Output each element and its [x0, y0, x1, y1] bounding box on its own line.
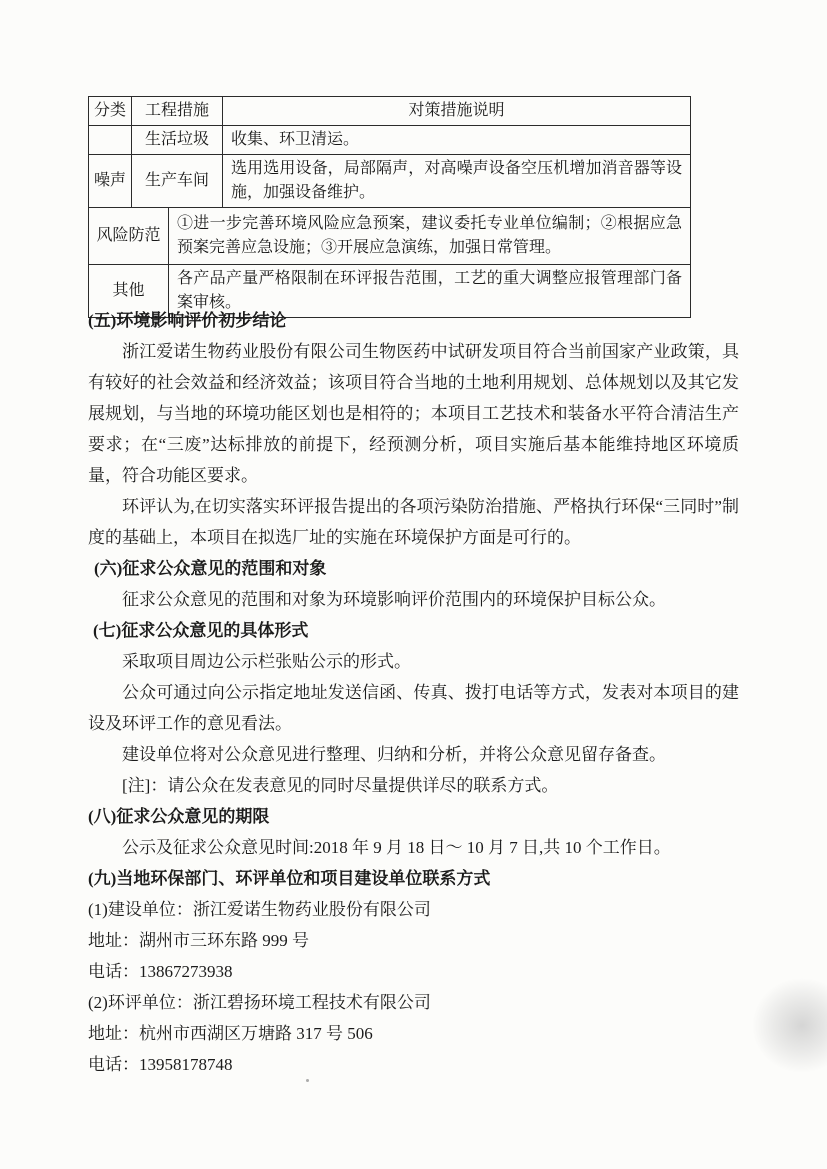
- header-measure: 工程措施: [132, 97, 223, 126]
- table-row: 生活垃圾 收集、环卫清运。: [89, 126, 691, 155]
- cell-measure-noise: 生产车间: [132, 155, 223, 208]
- contact1-title: (1)建设单位：浙江爱诺生物药业股份有限公司: [88, 894, 739, 925]
- contact2-phone: 电话：13958178748: [88, 1049, 739, 1080]
- section6-heading: (六)征求公众意见的范围和对象: [88, 553, 739, 584]
- section7-heading: (七)征求公众意见的具体形式: [88, 615, 739, 646]
- section5-heading: (五)环境影响评价初步结论: [88, 305, 739, 336]
- contact1-phone: 电话：13867273938: [88, 956, 739, 987]
- cell-category-noise: 噪声: [89, 155, 132, 208]
- document-page: 分类 工程措施 对策措施说明 生活垃圾 收集、环卫清运。 噪声 生产车间 选用选…: [0, 0, 827, 1169]
- document-body: (五)环境影响评价初步结论 浙江爱诺生物药业股份有限公司生物医药中试研发项目符合…: [88, 305, 739, 1080]
- table-row: 噪声 生产车间 选用选用设备，局部隔声，对高噪声设备空压机增加消音器等设施，加强…: [89, 155, 691, 208]
- scan-smudge: [752, 978, 827, 1073]
- section5-paragraph-2: 环评认为,在切实落实环评报告提出的各项污染防治措施、严格执行环保“三同时”制度的…: [88, 491, 739, 553]
- cell-category-risk: 风险防范: [89, 208, 169, 265]
- cell-measure-waste: 生活垃圾: [132, 126, 223, 155]
- cell-description-waste: 收集、环卫清运。: [223, 126, 691, 155]
- section6-paragraph-1: 征求公众意见的范围和对象为环境影响评价范围内的环境保护目标公众。: [88, 584, 739, 615]
- scan-speck: [306, 1079, 309, 1082]
- table-row: 风险防范 ①进一步完善环境风险应急预案，建议委托专业单位编制；②根据应急预案完善…: [89, 208, 691, 265]
- header-description: 对策措施说明: [223, 97, 691, 126]
- section5-paragraph-1: 浙江爱诺生物药业股份有限公司生物医药中试研发项目符合当前国家产业政策，具有较好的…: [88, 336, 739, 491]
- section7-note: [注]：请公众在发表意见的同时尽量提供详尽的联系方式。: [88, 770, 739, 801]
- section7-paragraph-1: 采取项目周边公示栏张贴公示的形式。: [88, 646, 739, 677]
- contact2-title: (2)环评单位：浙江碧扬环境工程技术有限公司: [88, 987, 739, 1018]
- cell-description-noise: 选用选用设备，局部隔声，对高噪声设备空压机增加消音器等设施，加强设备维护。: [223, 155, 691, 208]
- measures-table: 分类 工程措施 对策措施说明 生活垃圾 收集、环卫清运。 噪声 生产车间 选用选…: [88, 96, 691, 318]
- cell-category-empty: [89, 126, 132, 155]
- section8-paragraph-1: 公示及征求公众意见时间:2018 年 9 月 18 日～ 10 月 7 日,共 …: [88, 832, 739, 863]
- table-header-row: 分类 工程措施 对策措施说明: [89, 97, 691, 126]
- section8-heading: (八)征求公众意见的期限: [88, 801, 739, 832]
- section7-paragraph-3: 建设单位将对公众意见进行整理、归纳和分析，并将公众意见留存备查。: [88, 739, 739, 770]
- cell-description-risk: ①进一步完善环境风险应急预案，建议委托专业单位编制；②根据应急预案完善应急设施；…: [169, 208, 691, 265]
- section9-heading: (九)当地环保部门、环评单位和项目建设单位联系方式: [88, 863, 739, 894]
- header-category: 分类: [89, 97, 132, 126]
- contact1-address: 地址：湖州市三环东路 999 号: [88, 925, 739, 956]
- contact2-address: 地址：杭州市西湖区万塘路 317 号 506: [88, 1018, 739, 1049]
- section7-paragraph-2: 公众可通过向公示指定地址发送信函、传真、拨打电话等方式，发表对本项目的建设及环评…: [88, 677, 739, 739]
